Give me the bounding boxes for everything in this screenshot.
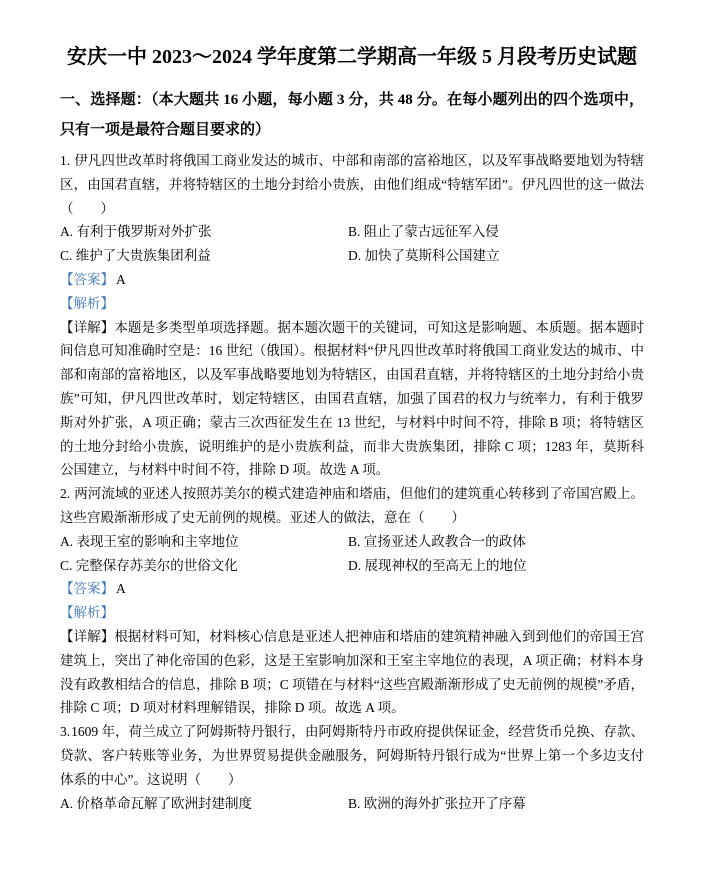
- question-1-options-row-1: A. 有利于俄罗斯对外扩张 B. 阻止了蒙古远征军入侵: [60, 220, 644, 244]
- question-3-stem: 3.1609 年，荷兰成立了阿姆斯特丹银行，由阿姆斯特丹市政府提供保证金，经营货…: [60, 720, 644, 791]
- question-3-option-a: A. 价格革命瓦解了欧洲封建制度: [60, 792, 348, 816]
- question-2-option-c: C. 完整保存苏美尔的世俗文化: [60, 554, 348, 578]
- question-1-detail: 【详解】本题是多类型单项选择题。据本题次题干的关键词，可知这是影响题、本质题。据…: [60, 316, 644, 483]
- question-1-option-c: C. 维护了大贵族集团利益: [60, 244, 348, 268]
- question-2-options-row-2: C. 完整保存苏美尔的世俗文化 D. 展现神权的至高无上的地位: [60, 554, 644, 578]
- question-2-stem: 2.两河流域的亚述人按照苏美尔的模式建造神庙和塔庙，但他们的建筑重心转移到了帝国…: [60, 482, 644, 530]
- analysis-label: 【解析】: [60, 296, 114, 311]
- question-3-text: 1609 年，荷兰成立了阿姆斯特丹银行，由阿姆斯特丹市政府提供保证金，经营货币兑…: [60, 724, 644, 787]
- question-3-number: 3.: [60, 724, 70, 739]
- question-2-text: 两河流域的亚述人按照苏美尔的模式建造神庙和塔庙，但他们的建筑重心转移到了帝国宫殿…: [60, 486, 644, 525]
- question-2-number: 2.: [60, 486, 70, 501]
- section-header: 一、选择题：（本大题共 16 小题，每小题 3 分，共 48 分。在每小题列出的…: [60, 85, 644, 145]
- question-2: 2.两河流域的亚述人按照苏美尔的模式建造神庙和塔庙，但他们的建筑重心转移到了帝国…: [60, 482, 644, 720]
- question-2-detail-text: 根据材料可知，材料核心信息是亚述人把神庙和塔庙的建筑精神融入到到他们的帝国王宫建…: [60, 629, 644, 715]
- question-2-detail: 【详解】根据材料可知，材料核心信息是亚述人把神庙和塔庙的建筑精神融入到到他们的帝…: [60, 625, 644, 720]
- detail-label: 【详解】: [60, 629, 114, 644]
- question-3: 3.1609 年，荷兰成立了阿姆斯特丹银行，由阿姆斯特丹市政府提供保证金，经营货…: [60, 720, 644, 815]
- question-1-option-d: D. 加快了莫斯科公国建立: [348, 244, 644, 268]
- question-1-number: 1.: [60, 153, 70, 168]
- question-3-options-row-1: A. 价格革命瓦解了欧洲封建制度 B. 欧洲的海外扩张拉开了序幕: [60, 792, 644, 816]
- question-2-analysis-line: 【解析】: [60, 601, 644, 625]
- question-1-analysis-line: 【解析】: [60, 292, 644, 316]
- question-1-answer-line: 【答案】A: [60, 268, 644, 292]
- question-1-option-b: B. 阻止了蒙古远征军入侵: [348, 220, 644, 244]
- detail-label: 【详解】: [60, 320, 114, 335]
- question-1-answer-value: A: [116, 272, 126, 287]
- answer-label: 【答案】: [60, 581, 114, 596]
- question-1-options-row-2: C. 维护了大贵族集团利益 D. 加快了莫斯科公国建立: [60, 244, 644, 268]
- question-2-answer-line: 【答案】A: [60, 577, 644, 601]
- page-title: 安庆一中 2023～2024 学年度第二学期高一年级 5 月段考历史试题: [60, 44, 644, 71]
- exam-document-page: 安庆一中 2023～2024 学年度第二学期高一年级 5 月段考历史试题 一、选…: [0, 0, 701, 877]
- question-1-option-a: A. 有利于俄罗斯对外扩张: [60, 220, 348, 244]
- question-3-option-b: B. 欧洲的海外扩张拉开了序幕: [348, 792, 644, 816]
- question-2-answer-value: A: [116, 581, 126, 596]
- question-2-options-row-1: A. 表现王室的影响和主宰地位 B. 宣扬亚述人政教合一的政体: [60, 530, 644, 554]
- question-1: 1.伊凡四世改革时将俄国工商业发达的城市、中部和南部的富裕地区，以及军事战略要地…: [60, 149, 644, 482]
- question-2-option-a: A. 表现王室的影响和主宰地位: [60, 530, 348, 554]
- question-1-detail-text: 本题是多类型单项选择题。据本题次题干的关键词，可知这是影响题、本质题。据本题时间…: [60, 320, 644, 478]
- answer-label: 【答案】: [60, 272, 114, 287]
- question-2-option-d: D. 展现神权的至高无上的地位: [348, 554, 644, 578]
- question-1-text: 伊凡四世改革时将俄国工商业发达的城市、中部和南部的富裕地区，以及军事战略要地划为…: [60, 153, 644, 216]
- question-2-option-b: B. 宣扬亚述人政教合一的政体: [348, 530, 644, 554]
- analysis-label: 【解析】: [60, 605, 114, 620]
- question-1-stem: 1.伊凡四世改革时将俄国工商业发达的城市、中部和南部的富裕地区，以及军事战略要地…: [60, 149, 644, 220]
